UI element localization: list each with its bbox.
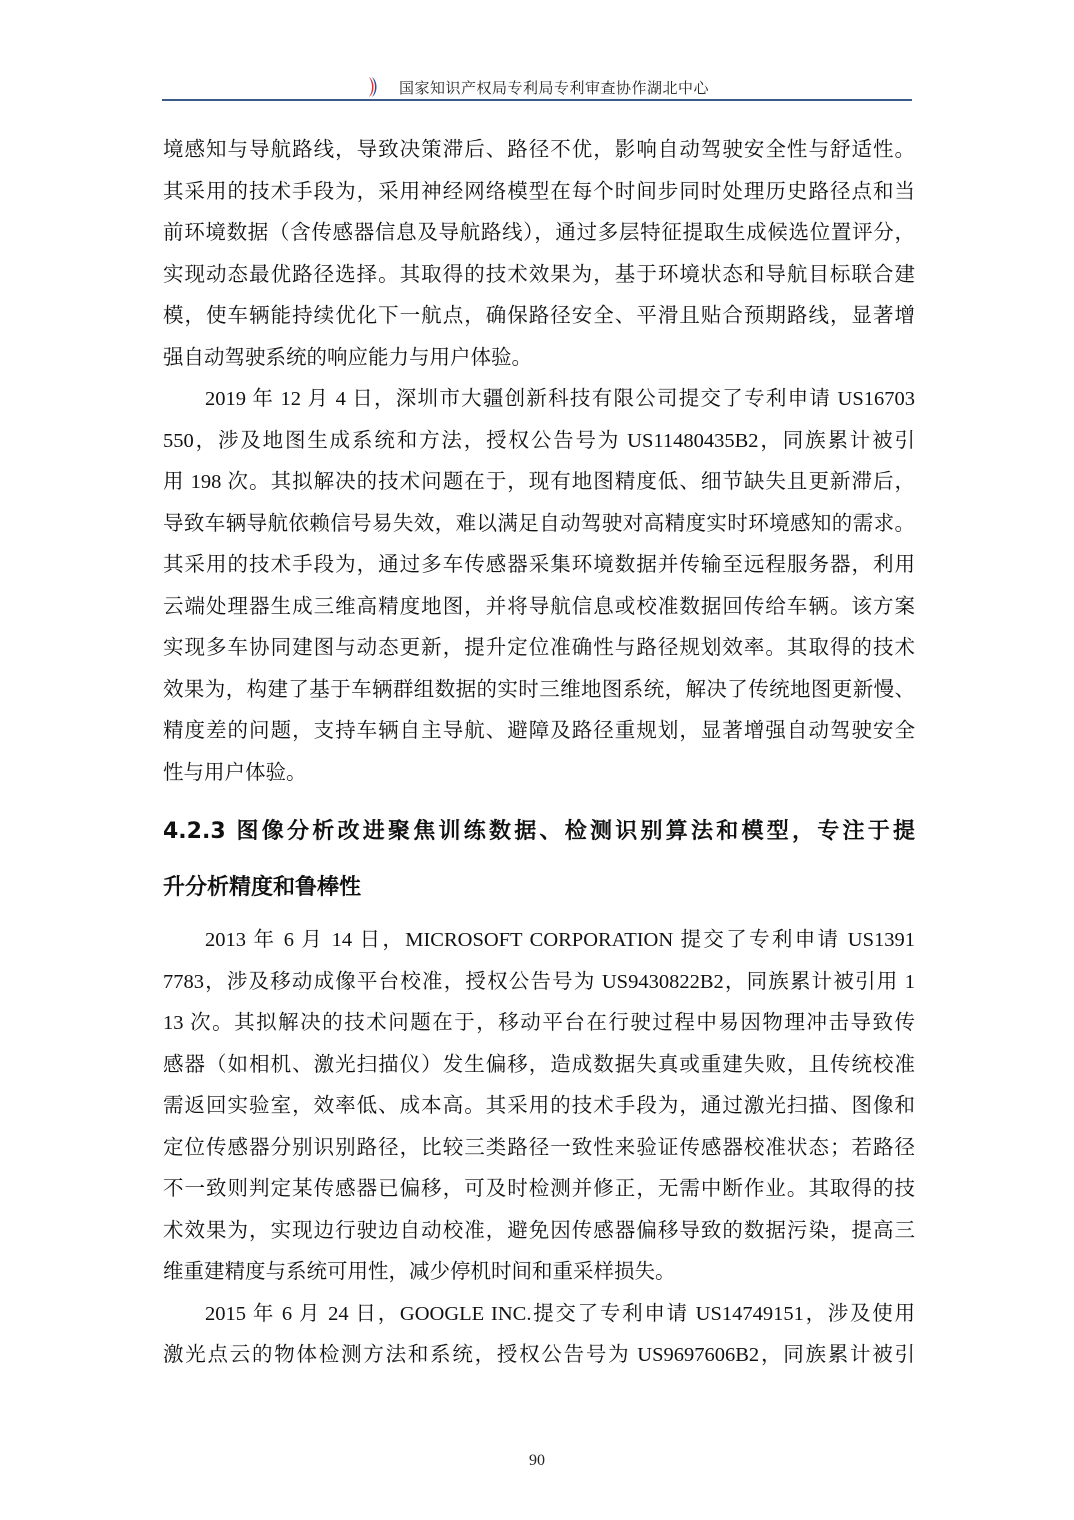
text-line: 维重建精度与系统可用性，减少停机时间和重采样损失。 <box>163 1252 915 1294</box>
text-line: 用 198 次。其拟解决的技术问题在于，现有地图精度低、细节缺失且更新滞后， <box>163 462 915 504</box>
document-body: 境感知与导航路线，导致决策滞后、路径不优，影响自动驾驶安全性与舒适性。 其采用的… <box>163 130 915 1377</box>
text-line: 13 次。其拟解决的技术问题在于，移动平台在行驶过程中易因物理冲击导致传 <box>163 1003 915 1045</box>
text-line: 其采用的技术手段为，采用神经网络模型在每个时间步同时处理历史路径点和当 <box>163 172 915 214</box>
text-line: 性与用户体验。 <box>163 753 915 795</box>
text-line: 前环境数据（含传感器信息及导航路线），通过多层特征提取生成候选位置评分， <box>163 213 915 255</box>
paragraph-1: 境感知与导航路线，导致决策滞后、路径不优，影响自动驾驶安全性与舒适性。 其采用的… <box>163 130 915 379</box>
text-line: 术效果为，实现边行驶边自动校准，避免因传感器偏移导致的数据污染，提高三 <box>163 1211 915 1253</box>
page-number: 90 <box>0 1452 1074 1470</box>
text-line: 精度差的问题，支持车辆自主导航、避障及路径重规划，显著增强自动驾驶安全 <box>163 711 915 753</box>
text-line: 效果为，构建了基于车辆群组数据的实时三维地图系统，解决了传统地图更新慢、 <box>163 670 915 712</box>
heading-line: 升分析精度和鲁棒性 <box>163 860 915 916</box>
text-line: 感器（如相机、激光扫描仪）发生偏移，造成数据失真或重建失败，且传统校准 <box>163 1045 915 1087</box>
paragraph-dji-patent: 2019 年 12 月 4 日，深圳市大疆创新科技有限公司提交了专利申请 US1… <box>163 379 915 794</box>
text-line: 实现动态最优路径选择。其取得的技术效果为，基于环境状态和导航目标联合建 <box>163 255 915 297</box>
header-divider <box>162 99 912 101</box>
text-line: 境感知与导航路线，导致决策滞后、路径不优，影响自动驾驶安全性与舒适性。 <box>163 130 915 172</box>
text-line: 强自动驾驶系统的响应能力与用户体验。 <box>163 338 915 380</box>
text-line: 激光点云的物体检测方法和系统，授权公告号为 US9697606B2，同族累计被引 <box>163 1335 915 1377</box>
header-title: 国家知识产权局专利局专利审查协作湖北中心 <box>399 77 709 98</box>
paragraph-google-patent: 2015 年 6 月 24 日，GOOGLE INC.提交了专利申请 US147… <box>163 1294 915 1377</box>
text-line: 其采用的技术手段为，通过多车传感器采集环境数据并传输至远程服务器，利用 <box>163 545 915 587</box>
text-line: 不一致则判定某传感器已偏移，可及时检测并修正，无需中断作业。其取得的技 <box>163 1169 915 1211</box>
text-line: 550，涉及地图生成系统和方法，授权公告号为 US11480435B2，同族累计… <box>163 421 915 463</box>
text-line: 7783，涉及移动成像平台校准，授权公告号为 US9430822B2，同族累计被… <box>163 962 915 1004</box>
page-header: 国家知识产权局专利局专利审查协作湖北中心 <box>162 72 912 102</box>
text-line: 定位传感器分别识别路径，比较三类路径一致性来验证传感器校准状态；若路径 <box>163 1128 915 1170</box>
text-line: 2013 年 6 月 14 日，MICROSOFT CORPORATION 提交… <box>163 920 915 962</box>
text-line: 导致车辆导航依赖信号易失效，难以满足自动驾驶对高精度实时环境感知的需求。 <box>163 504 915 546</box>
heading-line: 4.2.3 图像分析改进聚焦训练数据、检测识别算法和模型，专注于提 <box>163 804 915 860</box>
text-line: 云端处理器生成三维高精度地图，并将导航信息或校准数据回传给车辆。该方案 <box>163 587 915 629</box>
institution-logo-icon <box>365 76 379 98</box>
text-line: 2015 年 6 月 24 日，GOOGLE INC.提交了专利申请 US147… <box>163 1294 915 1336</box>
text-line: 2019 年 12 月 4 日，深圳市大疆创新科技有限公司提交了专利申请 US1… <box>163 379 915 421</box>
text-line: 需返回实验室，效率低、成本高。其采用的技术手段为，通过激光扫描、图像和 <box>163 1086 915 1128</box>
section-heading-4-2-3: 4.2.3 图像分析改进聚焦训练数据、检测识别算法和模型，专注于提 升分析精度和… <box>163 804 915 916</box>
text-line: 实现多车协同建图与动态更新，提升定位准确性与路径规划效率。其取得的技术 <box>163 628 915 670</box>
paragraph-microsoft-patent: 2013 年 6 月 14 日，MICROSOFT CORPORATION 提交… <box>163 920 915 1294</box>
text-line: 模，使车辆能持续优化下一航点，确保路径安全、平滑且贴合预期路线，显著增 <box>163 296 915 338</box>
